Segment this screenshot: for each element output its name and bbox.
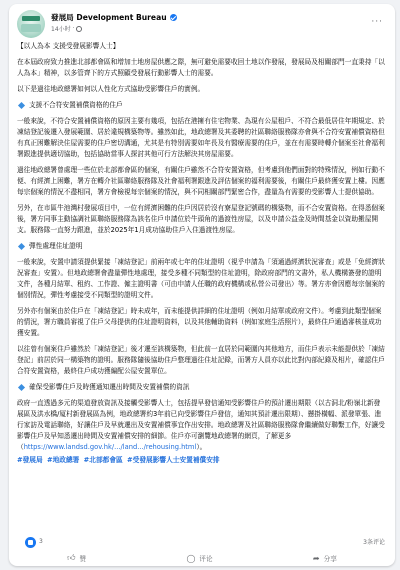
share-arrow-icon: ➦	[313, 554, 320, 563]
share-button[interactable]: ➦ 分享	[313, 553, 337, 563]
page-name-link[interactable]: 發展局 Development Bureau	[51, 12, 177, 23]
comment-label: 评论	[199, 553, 212, 563]
link-suffix: ）。	[196, 443, 206, 451]
like-button[interactable]: 👍︎ 赞	[67, 553, 86, 563]
section-paragraph: 另外亦有個案由於住戶在「凍結登記」時未成年，而未能提供詳細的住址證明（例如月結單…	[17, 306, 387, 339]
meta-separator: ·	[71, 25, 75, 32]
page-avatar[interactable]	[17, 10, 45, 38]
section-paragraph: 一般來說，安置申請須提供緊接「凍結登記」前兩年或七年的住址證明（視乎申請為「須通…	[17, 257, 387, 301]
section-paragraph: 過往地政總署曾處理一些位於北部都會區的個案，有關住戶雖然不合符安置資格，但考慮到…	[17, 165, 387, 198]
section-paragraph-text: 政府一直透過多元的渠道發放資訊及接觸受影響人士，包括提早發信通知受影響住戶的預計…	[17, 399, 385, 440]
intro-paragraph: 以下是過往地政總署如何以人性化方式協助受影響住戶的實例。	[17, 84, 387, 95]
post-title: 【以人為本 支援受發展影響人士】	[17, 41, 387, 52]
section-heading: 支援不合符安置補償資格的住戶	[17, 100, 387, 111]
intro-paragraph: 在本屆政府致力推進北部都會區和增加土地房屋供應之際，無可避免需要收回土地以作發展…	[17, 57, 387, 79]
section-heading: 確保受影響住戶及時獲通知遷出時間及安置補償的資訊	[17, 382, 387, 393]
like-label: 赞	[80, 553, 87, 563]
blue-diamond-icon	[18, 384, 25, 391]
section-paragraph: 另外，在市區牛池灣村發展項目中，一位有經濟困難的住戶因居於沒有寮屋登記號碼的構築…	[17, 203, 387, 236]
verified-badge-icon	[170, 14, 177, 21]
post-body: 【以人為本 支援受發展影響人士】 在本屆政府致力推進北部都會區和增加土地房屋供應…	[17, 41, 387, 471]
avatar-logo-text	[22, 16, 40, 21]
blue-diamond-icon	[18, 102, 25, 109]
link-prefix: （	[17, 443, 24, 451]
globe-icon	[76, 26, 82, 32]
avatar-logo-image	[21, 24, 41, 32]
page-name: 發展局 Development Bureau	[51, 12, 167, 23]
comment-button[interactable]: ◯ 评论	[186, 553, 212, 563]
share-label: 分享	[324, 553, 337, 563]
reaction-count[interactable]: 3	[39, 538, 43, 545]
section-paragraph: 政府一直透過多元的渠道發放資訊及接觸受影響人士，包括提早發信通知受影響住戶的預計…	[17, 398, 387, 453]
post-card: 發展局 Development Bureau 14小时 · ··· 【以人為本 …	[9, 4, 395, 566]
action-bar: 👍︎ 赞 ◯ 评论 ➦ 分享	[17, 551, 387, 565]
reactions-bar: 3 3条评论	[17, 537, 387, 549]
blue-diamond-icon	[18, 243, 25, 250]
comment-bubble-icon: ◯	[186, 554, 195, 563]
post-meta: 14小时 ·	[51, 24, 82, 33]
thumbs-up-icon: 👍︎	[67, 553, 75, 563]
post-time[interactable]: 14小时	[51, 24, 71, 33]
rehousing-link[interactable]: https://www.landsd.gov.hk/.../land.../re…	[24, 443, 197, 451]
hashtags[interactable]: #發展局 #地政總署 #北部都會區 #受發展影響人士安置補償安排	[17, 455, 387, 466]
section-heading-text: 支援不合符安置補償資格的住戶	[29, 100, 123, 111]
section-heading: 彈性處理住址證明	[17, 241, 387, 252]
more-options-button[interactable]: ···	[371, 17, 383, 27]
section-paragraph: 一般來說，不符合安置補償資格的原因主要有幾項，包括在港擁有住宅物業、為現有公屋租…	[17, 116, 387, 160]
post-header: 發展局 Development Bureau 14小时 · ···	[17, 9, 387, 39]
section-paragraph: 以往曾有個案住戶雖然於「凍結登記」後才遷至該構築物，但此前一直居於同範圍內其他地…	[17, 344, 387, 377]
section-heading-text: 彈性處理住址證明	[29, 241, 83, 252]
like-reaction-icon[interactable]	[25, 537, 36, 548]
section-heading-text: 確保受影響住戶及時獲通知遷出時間及安置補償的資訊	[29, 382, 190, 393]
comment-count[interactable]: 3条评论	[363, 537, 385, 546]
